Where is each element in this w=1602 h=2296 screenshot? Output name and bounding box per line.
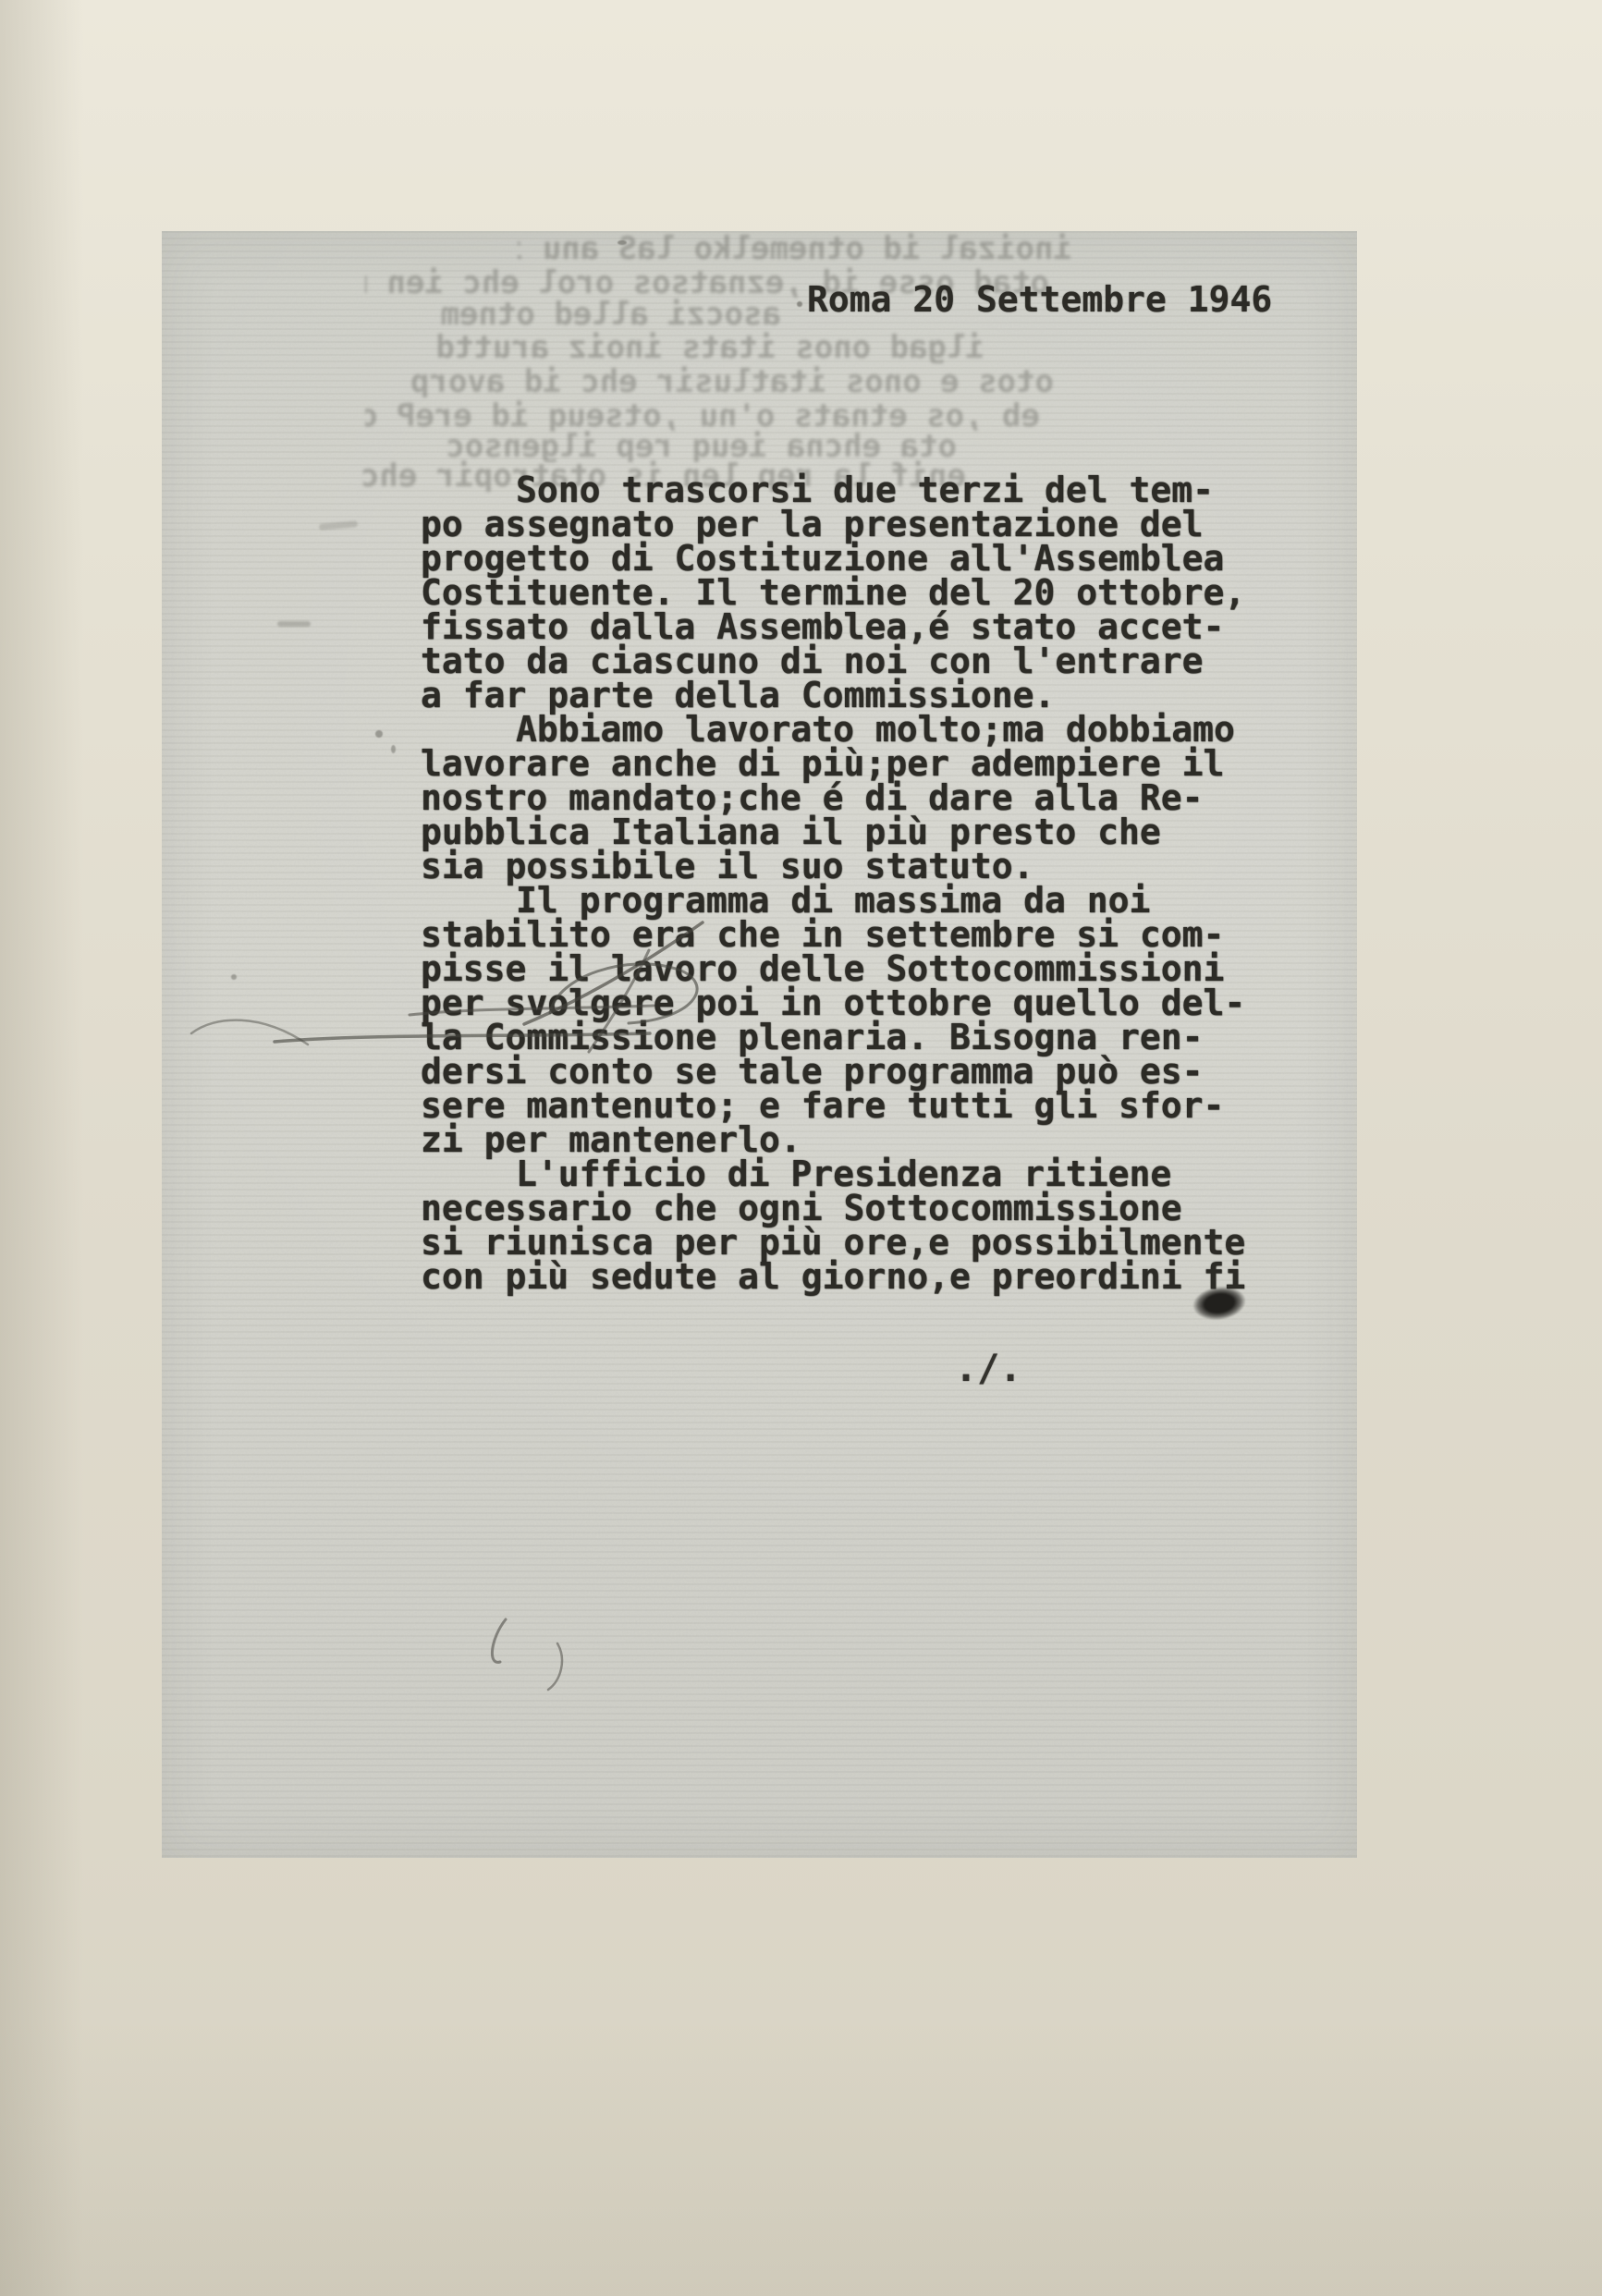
scribble-strike-commissione <box>275 1033 650 1042</box>
pencil-mark-paren <box>492 1619 506 1662</box>
backdrop-bottom-shade <box>0 2019 1602 2296</box>
document-paper: inoizal id otnemelko laS anu icotad osse… <box>162 231 1357 1858</box>
backdrop-left-shade <box>0 0 83 2296</box>
pencil-mark-comma <box>548 1643 562 1690</box>
pencil-scribbles <box>162 231 1357 1858</box>
